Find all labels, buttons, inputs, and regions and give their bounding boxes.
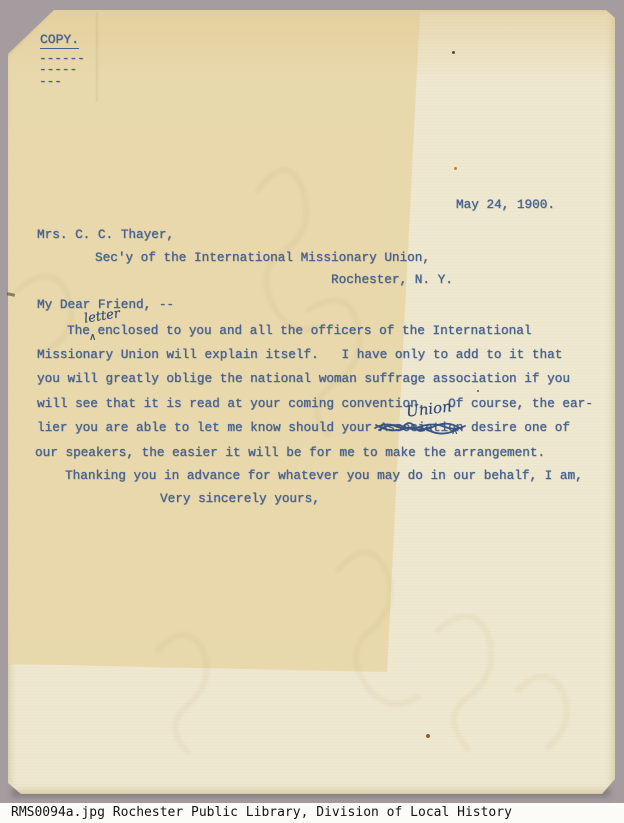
recipient-title: Sec'y of the International Missionary Un… [95, 251, 430, 265]
dust-speck [454, 167, 457, 170]
recipient-city: Rochester, N. Y. [331, 273, 453, 287]
strikethrough-scribble [373, 418, 467, 436]
signoff: Very sincerely yours, [160, 492, 320, 506]
body-line: our speakers, the easier it will be for … [35, 446, 545, 460]
body-line-with-correction: lier you are able to let me know should … [37, 421, 570, 435]
body-line: will see that it is read at your coming … [37, 397, 593, 411]
insertion-caret: ∧ [89, 332, 96, 343]
recipient-name: Mrs. C. C. Thayer, [37, 228, 174, 242]
body-line: The enclosed to you and all the officers… [37, 324, 531, 338]
dust-speck [477, 390, 479, 392]
body-line-pre: lier you are able to let me know should … [37, 420, 380, 435]
scanned-letter-page: COPY. ------ ----- --- May 24, 1900. Mrs… [0, 0, 624, 823]
archive-caption: RMS0094a.jpg Rochester Public Library, D… [11, 804, 512, 822]
dust-speck [426, 734, 430, 738]
letter-date: May 24, 1900. [456, 198, 555, 212]
copy-stamp: COPY. [40, 33, 79, 49]
body-line: you will greatly oblige the national wom… [37, 372, 570, 386]
body-line: Missionary Union will explain itself. I … [37, 348, 562, 362]
dash-row: --- [39, 75, 62, 89]
body-line: Thanking you in advance for whatever you… [37, 469, 583, 483]
body-line-post: desire one of [463, 420, 570, 435]
dust-speck [452, 51, 455, 54]
